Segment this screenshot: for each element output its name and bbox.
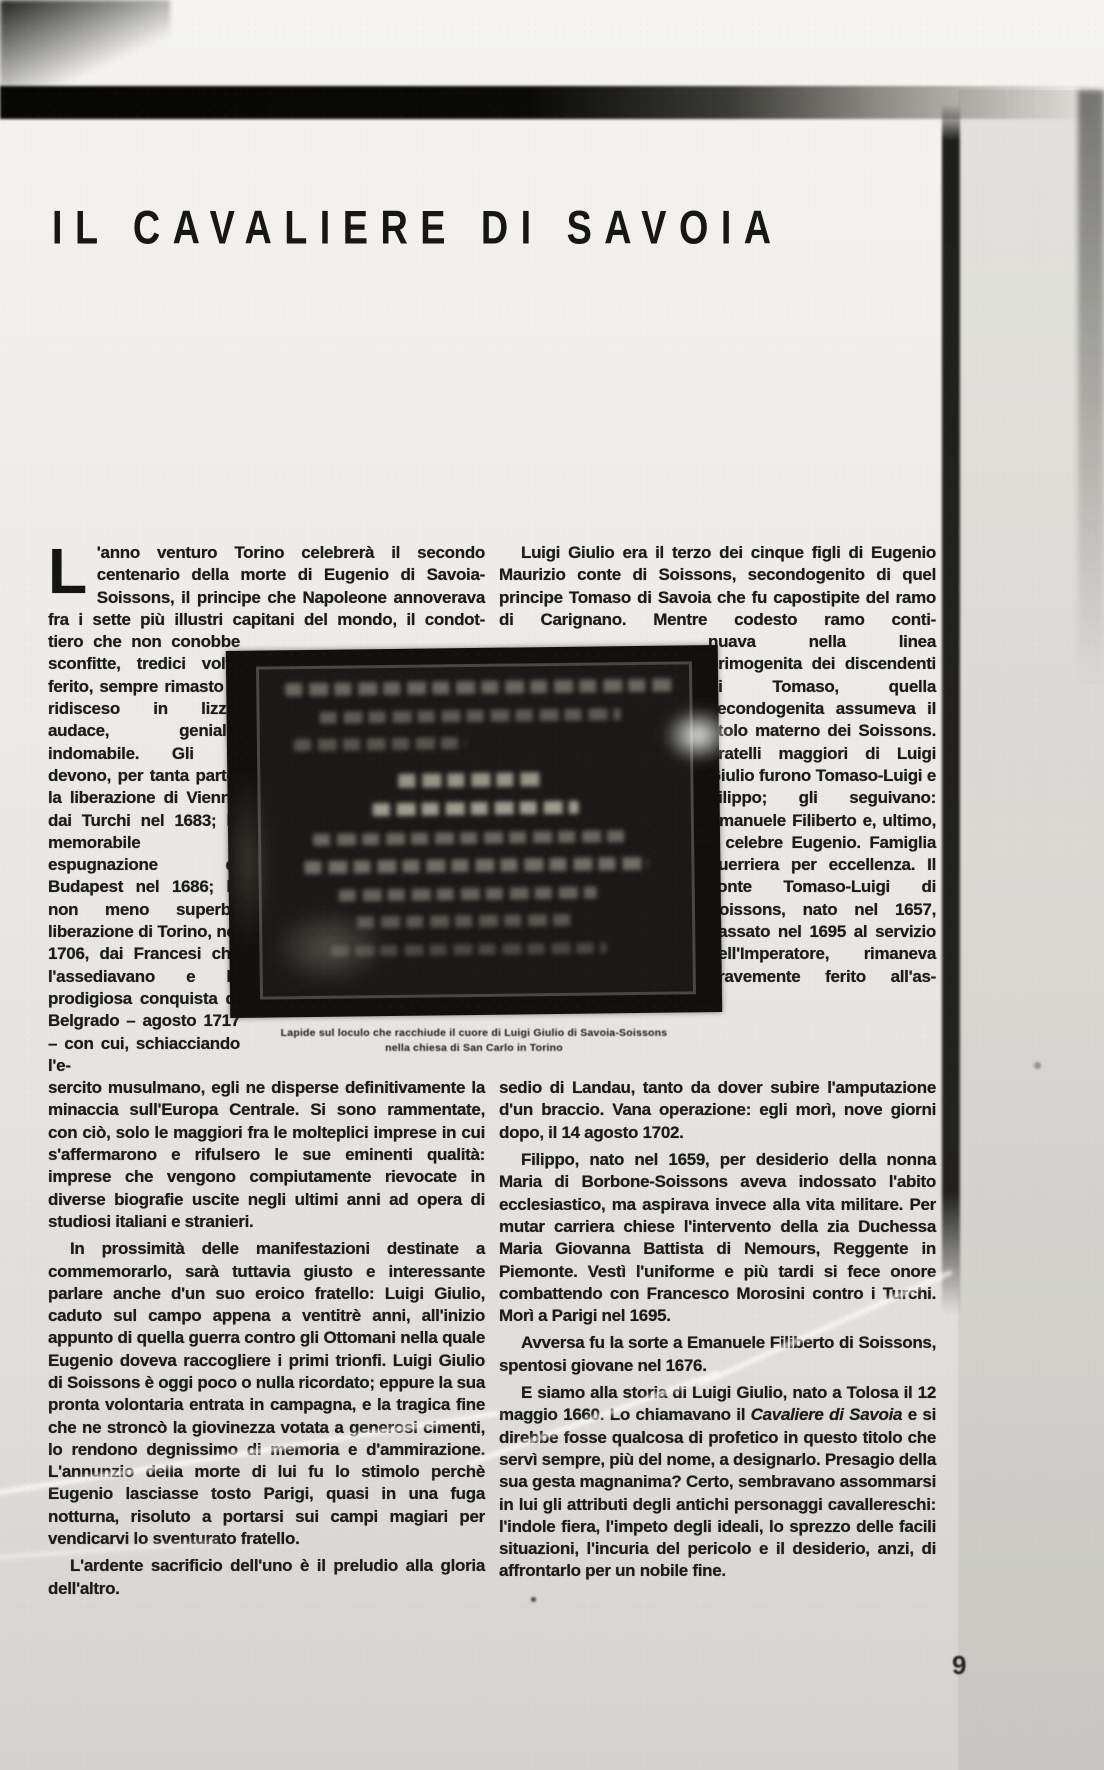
paragraph-continuation: sercito musulmano, egli ne disperse defi… — [48, 1077, 485, 1233]
paragraph-continuation: sedio di Landau, tanto da dover subire l… — [499, 1077, 936, 1144]
paragraph: L'ardente sacrificio dell'uno è il prelu… — [48, 1555, 485, 1600]
caption-line-2: nella chiesa di San Carlo in Torino — [228, 1041, 720, 1056]
italic-title-phrase: Cavaliere di Savoia — [751, 1405, 903, 1424]
caption-line-1: Lapide sul loculo che racchiude il cuore… — [228, 1026, 720, 1041]
scanned-magazine-page: IL CAVALIERE DI SAVOIA L'anno venturo To… — [0, 0, 1104, 1770]
plaque-text-blur — [320, 708, 621, 724]
plaque-text-blur — [372, 801, 579, 817]
paragraph-text: 'anno venturo Torino celebrerà il second… — [48, 543, 485, 629]
drop-cap: L — [48, 542, 97, 596]
photo-caption: Lapide sul loculo che racchiude il cuore… — [228, 1026, 720, 1056]
scan-speck — [1034, 1062, 1041, 1069]
plaque-text-blur — [285, 679, 672, 697]
plaque-text-blur — [304, 857, 648, 874]
plaque-text-blur — [357, 914, 572, 929]
paragraph-wrap-narrow: nuava nella linea primogenita dei discen… — [708, 631, 936, 1077]
plaque-text-blur — [339, 887, 597, 902]
paragraph-text: e si direbbe fosse qualcosa di profetico… — [499, 1405, 936, 1580]
paragraph: E siamo alla storia di Luigi Giulio, nat… — [499, 1382, 936, 1583]
plaque-photo — [226, 645, 722, 1018]
plaque-text-blur — [398, 772, 544, 788]
paragraph-lead: L'anno venturo Torino celebrerà il secon… — [48, 542, 485, 631]
paragraph-lead: Luigi Giulio era il terzo dei cinque fig… — [499, 542, 936, 631]
plaque-text-blur — [294, 737, 466, 751]
scan-artifact-top-black-band — [0, 86, 1104, 119]
paragraph: In prossimità delle manifestazioni desti… — [48, 1238, 485, 1550]
page-title: IL CAVALIERE DI SAVOIA — [52, 200, 784, 255]
scan-artifact-right-edge-shadow — [1078, 90, 1104, 690]
paragraph: Avversa fu la sorte a Emanuele Filiberto… — [499, 1332, 936, 1377]
paragraph: Filippo, nato nel 1659, per desiderio de… — [499, 1149, 936, 1327]
paragraph-wrap-narrow: tiero che non conobbe sconfitte, tredici… — [48, 631, 240, 1077]
plaque-text-blur — [313, 830, 631, 846]
scan-speck — [531, 1597, 536, 1602]
scan-artifact-top-left-shadow — [0, 0, 170, 100]
page-number: 9 — [952, 1650, 966, 1681]
